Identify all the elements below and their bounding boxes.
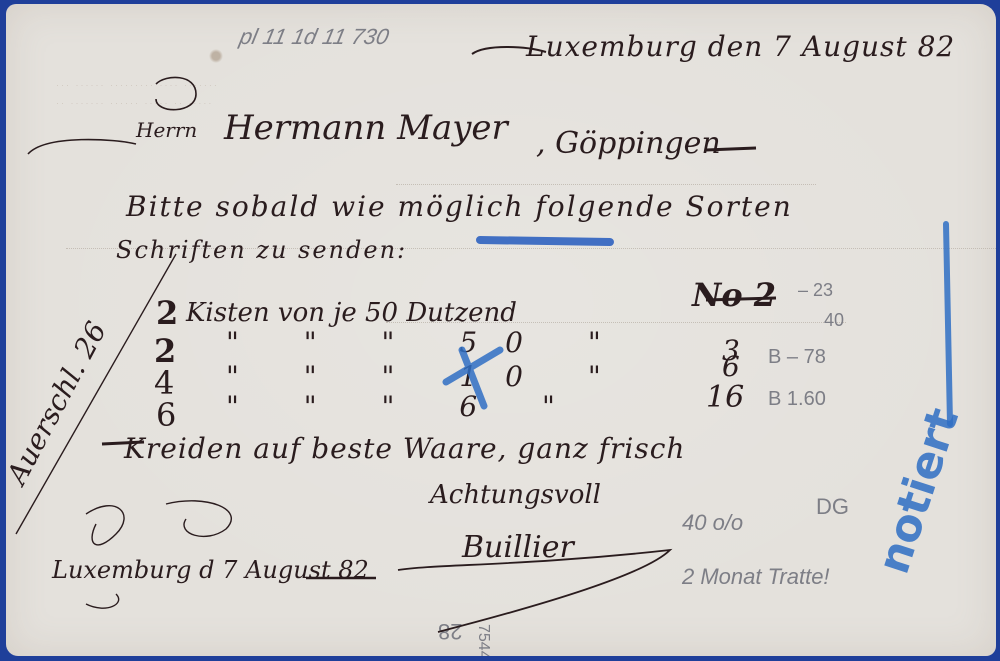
blue-cross-icon bbox=[446, 350, 500, 406]
pen-strokes bbox=[6, 4, 996, 656]
postcard: ··· ······ ········· ···· ······· ·· ···… bbox=[6, 4, 996, 656]
